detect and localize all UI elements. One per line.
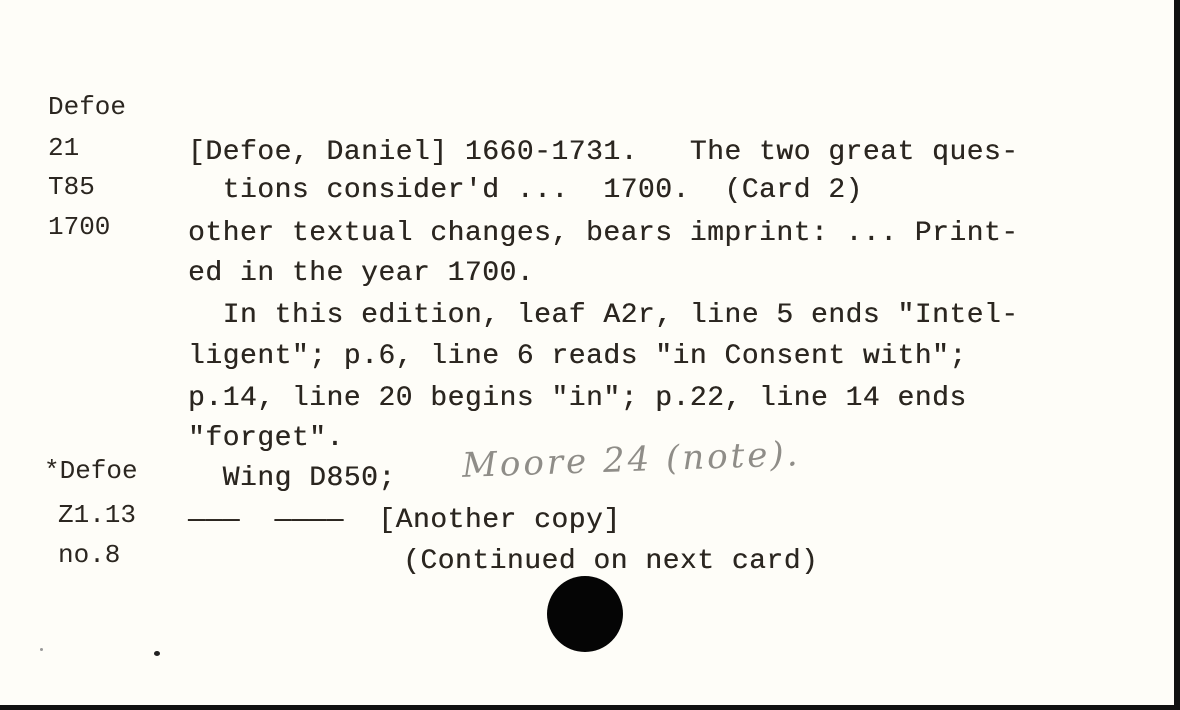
entry-line: tions consider'd ... 1700. (Card 2) [188,172,863,210]
catalog-card: Defoe 21 T85 1700 *Defoe Z1.13 no.8 [Def… [0,0,1174,705]
call-number-line: 21 [48,133,79,163]
entry-line: ——— ———— [Another copy] [188,502,621,540]
entry-line: p.14, line 20 begins "in"; p.22, line 14… [188,380,967,418]
entry-line: ligent"; p.6, line 6 reads "in Consent w… [188,338,967,376]
entry-line: "forget". [188,420,344,458]
entry-line: ed in the year 1700. [188,255,534,293]
handwritten-note: Moore 24 (note). [461,434,801,486]
entry-line: other textual changes, bears imprint: ..… [188,215,1019,253]
call-number-line: Defoe [48,92,126,122]
punch-hole [547,576,623,652]
call-number-line: 1700 [48,212,110,242]
entry-line: [Defoe, Daniel] 1660-1731. The two great… [188,134,1019,172]
call-number-line: Z1.13 [58,500,136,530]
entry-line: Wing D850; [188,460,396,498]
call-number-line: T85 [48,172,95,202]
call-number-line: *Defoe [44,456,138,486]
ink-speck [40,648,43,651]
call-number-line: no.8 [58,540,120,570]
ink-speck [154,651,160,656]
entry-line: (Continued on next card) [230,543,818,581]
entry-line: In this edition, leaf A2r, line 5 ends "… [188,297,1019,335]
